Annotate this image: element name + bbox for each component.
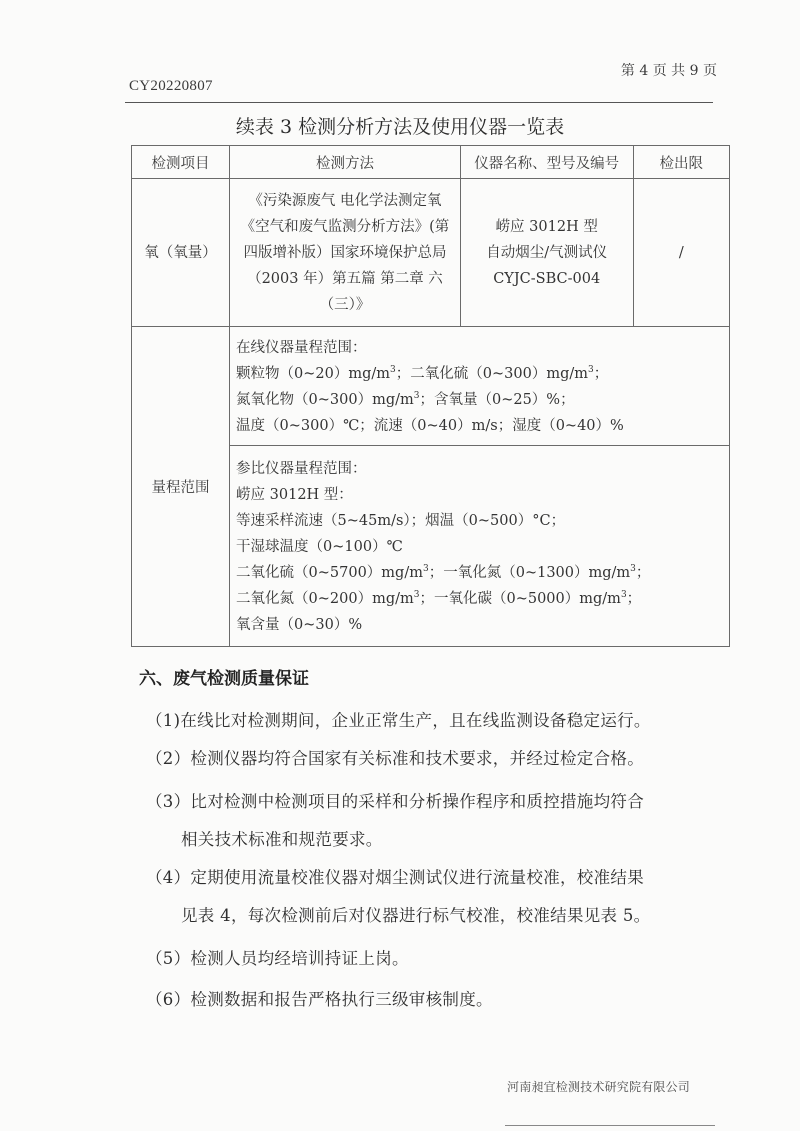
reference-range-line: 干湿球温度（0~100）℃ xyxy=(236,534,725,560)
cell-detection-limit: / xyxy=(633,179,729,327)
col-header-item: 检测项目 xyxy=(132,146,230,179)
reference-model: 崂应 3012H 型： xyxy=(236,482,725,508)
qa-item-6: （6）检测数据和报告严格执行三级审核制度。 xyxy=(146,986,493,1010)
table-title: 续表 3 检测分析方法及使用仪器一览表 xyxy=(0,112,800,139)
online-range-line: 颗粒物（0~20）mg/m3；二氧化硫（0~300）mg/m3； xyxy=(236,361,725,387)
cell-range-label: 量程范围 xyxy=(132,327,230,647)
instrument-line: CYJC-SBC-004 xyxy=(461,266,633,292)
cell-method: 《污染源废气 电化学法测定氧 《空气和废气监测分析方法》(第 四版增补版）国家环… xyxy=(230,179,461,327)
cell-instrument: 崂应 3012H 型 自动烟尘/气测试仪 CYJC-SBC-004 xyxy=(460,179,633,327)
reference-range-line: 氧含量（0~30）% xyxy=(236,612,725,638)
col-header-instrument: 仪器名称、型号及编号 xyxy=(460,146,633,179)
online-range-title: 在线仪器量程范围： xyxy=(236,335,725,361)
qa-item-4: （4）定期使用流量校准仪器对烟尘测试仪进行流量校准，校准结果 xyxy=(146,864,644,888)
col-header-detection-limit: 检出限 xyxy=(633,146,729,179)
table-row-oxygen: 氧（氧量） 《污染源废气 电化学法测定氧 《空气和废气监测分析方法》(第 四版增… xyxy=(132,179,730,327)
cell-online-range: 在线仪器量程范围： 颗粒物（0~20）mg/m3；二氧化硫（0~300）mg/m… xyxy=(230,327,730,446)
method-line: 《污染源废气 电化学法测定氧 xyxy=(230,188,460,214)
qa-item-3-continued: 相关技术标准和规范要求。 xyxy=(181,826,383,850)
instrument-line: 自动烟尘/气测试仪 xyxy=(461,240,633,266)
online-range-line: 温度（0~300）℃；流速（0~40）m/s；湿度（0~40）% xyxy=(236,413,725,439)
table-header-row: 检测项目 检测方法 仪器名称、型号及编号 检出限 xyxy=(132,146,730,179)
instrument-line: 崂应 3012H 型 xyxy=(461,214,633,240)
header-divider xyxy=(125,102,713,103)
method-line: （三）》 xyxy=(230,292,460,318)
method-line: （2003 年）第五篇 第二章 六 xyxy=(230,266,460,292)
qa-item-1: （1)在线比对检测期间，企业正常生产，且在线监测设备稳定运行。 xyxy=(146,707,651,731)
table-row-range-online: 量程范围 在线仪器量程范围： 颗粒物（0~20）mg/m3；二氧化硫（0~300… xyxy=(132,327,730,446)
footer-divider xyxy=(505,1125,715,1126)
reference-range-line: 等速采样流速（5~45m/s）；烟温（0~500）°C； xyxy=(236,508,725,534)
col-header-method: 检测方法 xyxy=(230,146,461,179)
methods-instruments-table: 检测项目 检测方法 仪器名称、型号及编号 检出限 氧（氧量） 《污染源废气 电化… xyxy=(131,145,730,647)
qa-item-4-continued: 见表 4，每次检测前后对仪器进行标气校准，校准结果见表 5。 xyxy=(181,902,651,926)
reference-range-line: 二氧化氮（0~200）mg/m3；一氧化碳（0~5000）mg/m3； xyxy=(236,586,725,612)
page-info: 第 4 页 共 9 页 xyxy=(621,60,717,80)
cell-reference-range: 参比仪器量程范围： 崂应 3012H 型： 等速采样流速（5~45m/s）；烟温… xyxy=(230,446,730,647)
method-line: 《空气和废气监测分析方法》(第 xyxy=(230,214,460,240)
online-range-line: 氮氧化物（0~300）mg/m3；含氧量（0~25）%； xyxy=(236,387,725,413)
reference-range-title: 参比仪器量程范围： xyxy=(236,456,725,482)
qa-item-2: （2）检测仪器均符合国家有关标准和技术要求，并经过检定合格。 xyxy=(146,745,644,769)
reference-range-line: 二氧化硫（0~5700）mg/m3；一氧化氮（0~1300）mg/m3； xyxy=(236,560,725,586)
section-title: 六、废气检测质量保证 xyxy=(139,664,309,689)
qa-item-5: （5）检测人员均经培训持证上岗。 xyxy=(146,945,409,969)
qa-item-3: （3）比对检测中检测项目的采样和分析操作程序和质控措施均符合 xyxy=(146,788,644,812)
method-line: 四版增补版）国家环境保护总局 xyxy=(230,240,460,266)
report-number: CY20220807 xyxy=(129,78,213,95)
cell-item: 氧（氧量） xyxy=(132,179,230,327)
footer-company: 河南昶宜检测技术研究院有限公司 xyxy=(507,1078,690,1095)
